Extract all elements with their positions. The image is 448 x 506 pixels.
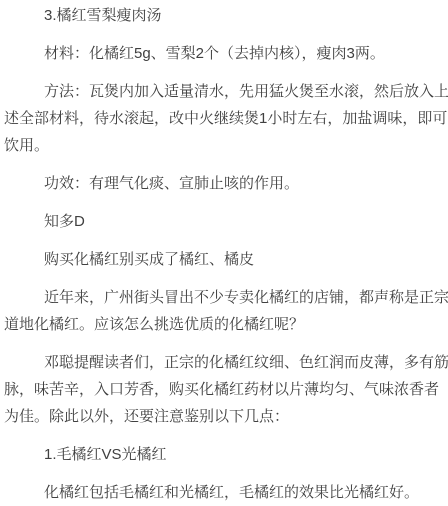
article-body: 3.橘红雪梨瘦肉汤 材料：化橘红5g、雪梨2个（去掉内核），瘦肉3两。 方法：瓦… — [0, 0, 448, 506]
text-line: 3.橘红雪梨瘦肉汤 — [4, 2, 448, 29]
ingredients-paragraph: 材料：化橘红5g、雪梨2个（去掉内核），瘦肉3两。 — [4, 40, 448, 67]
effects-paragraph: 功效：有理气化痰、宣肺止咳的作用。 — [4, 170, 448, 197]
street-shops-paragraph: 近年来，广州街头冒出不少专卖化橘红的店铺，都声称是正宗 道地化橘红。应该怎么挑选… — [4, 284, 448, 338]
text-line: 1.毛橘红VS光橘红 — [4, 441, 448, 468]
text-line: 脉，味苦辛，入口芳香，购买化橘红药材以片薄均匀、气味浓香者 — [4, 376, 448, 403]
text-line: 材料：化橘红5g、雪梨2个（去掉内核），瘦肉3两。 — [4, 40, 448, 67]
text-line: 方法：瓦煲内加入适量清水，先用猛火煲至水滚，然后放入上 — [4, 78, 448, 105]
comparison-paragraph: 化橘红包括毛橘红和光橘红，毛橘红的效果比光橘红好。 — [4, 479, 448, 506]
text-line: 化橘红包括毛橘红和光橘红，毛橘红的效果比光橘红好。 — [4, 479, 448, 506]
comparison-heading: 1.毛橘红VS光橘红 — [4, 441, 448, 468]
text-line: 述全部材料，待水滚起，改中火继续煲1小时左右，加盐调味，即可 — [4, 105, 448, 132]
text-line: 知多D — [4, 208, 448, 235]
text-line: 邓聪提醒读者们，正宗的化橘红纹细、色红润而皮薄，多有筋 — [4, 349, 448, 376]
text-line: 饮用。 — [4, 132, 448, 159]
text-line: 功效：有理气化痰、宣肺止咳的作用。 — [4, 170, 448, 197]
method-paragraph: 方法：瓦煲内加入适量清水，先用猛火煲至水滚，然后放入上 述全部材料，待水滚起，改… — [4, 78, 448, 159]
identification-advice-paragraph: 邓聪提醒读者们，正宗的化橘红纹细、色红润而皮薄，多有筋 脉，味苦辛，入口芳香，购… — [4, 349, 448, 430]
text-line: 近年来，广州街头冒出不少专卖化橘红的店铺，都声称是正宗 — [4, 284, 448, 311]
know-more-heading: 知多D — [4, 208, 448, 235]
soup-recipe-title: 3.橘红雪梨瘦肉汤 — [4, 2, 448, 29]
tip-title: 购买化橘红别买成了橘红、橘皮 — [4, 246, 448, 273]
text-line: 为佳。除此以外，还要注意鉴别以下几点： — [4, 403, 448, 430]
text-line: 道地化橘红。应该怎么挑选优质的化橘红呢？ — [4, 311, 448, 338]
text-line: 购买化橘红别买成了橘红、橘皮 — [4, 246, 448, 273]
